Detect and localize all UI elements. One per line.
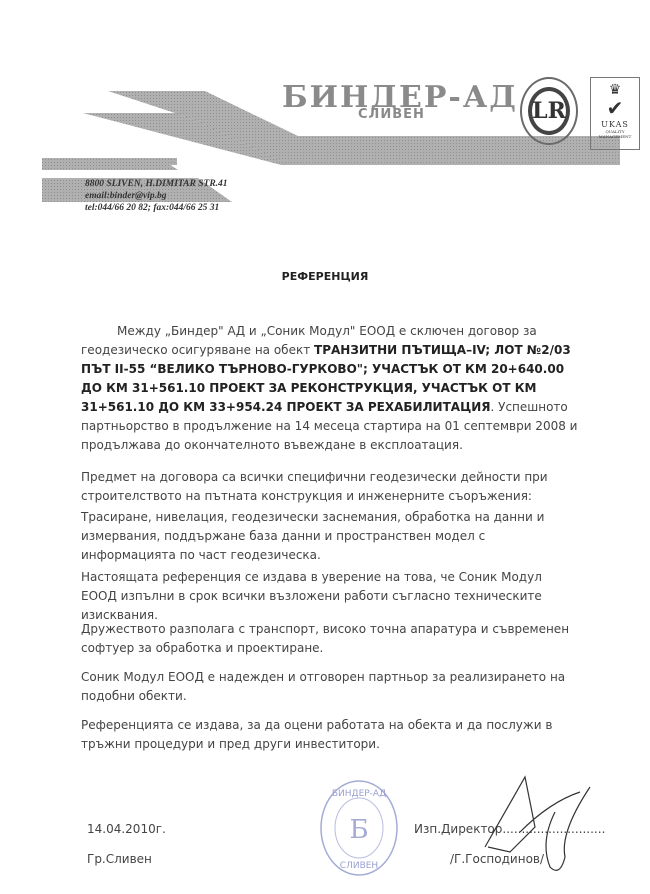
svg-text:Б: Б — [349, 815, 368, 845]
letterhead: БИНДЕР-АД СЛИВЕН LR ♛ ✔ UKAS QUALITY MAN… — [0, 0, 650, 165]
company-stamp-icon: БИНДЕР-АД СЛИВЕН Б — [318, 778, 400, 878]
company-address: 8800 SLIVEN, H.DIMITAR STR.41 email:bind… — [85, 178, 228, 214]
paragraph-subject: Предмет на договора са всички специфични… — [81, 468, 581, 506]
address-line: 8800 SLIVEN, H.DIMITAR STR.41 — [85, 178, 228, 190]
paragraph-certification: Настоящата референция се издава в уверен… — [81, 568, 581, 625]
phone-fax-line: tel:044/66 20 82; fax:044/66 25 31 — [85, 202, 228, 214]
paragraph-activities: Трасиране, нивелация, геодезически засне… — [81, 508, 581, 565]
ukas-sub-label: QUALITY MANAGEMENT — [591, 129, 639, 139]
company-logo-city: СЛИВЕН — [358, 107, 425, 122]
document-city: Гр.Сливен — [87, 852, 152, 866]
svg-text:БИНДЕР-АД: БИНДЕР-АД — [332, 789, 386, 799]
signature-icon — [480, 772, 600, 882]
checkmark-icon: ✔ — [591, 98, 639, 118]
lloyds-register-seal: LR — [520, 77, 578, 145]
paragraph-contract: Между „Биндер" АД и „Соник Модул" ЕООД е… — [81, 322, 581, 455]
document-title: РЕФЕРЕНЦИЯ — [0, 270, 650, 283]
lr-seal-icon: LR — [528, 87, 570, 135]
paragraph-reliability: Соник Модул ЕООД е надежден и отговорен … — [81, 668, 581, 706]
email-line: email:binder@vip.bg — [85, 190, 228, 202]
document-date: 14.04.2010г. — [87, 822, 166, 836]
ukas-badge: ♛ ✔ UKAS QUALITY MANAGEMENT — [590, 77, 640, 150]
paragraph-equipment: Дружеството разполага с транспорт, висок… — [81, 620, 581, 658]
ukas-label: UKAS — [591, 120, 639, 129]
svg-text:СЛИВЕН: СЛИВЕН — [340, 861, 378, 871]
paragraph-purpose: Референцията се издава, за да оцени рабо… — [81, 716, 581, 754]
